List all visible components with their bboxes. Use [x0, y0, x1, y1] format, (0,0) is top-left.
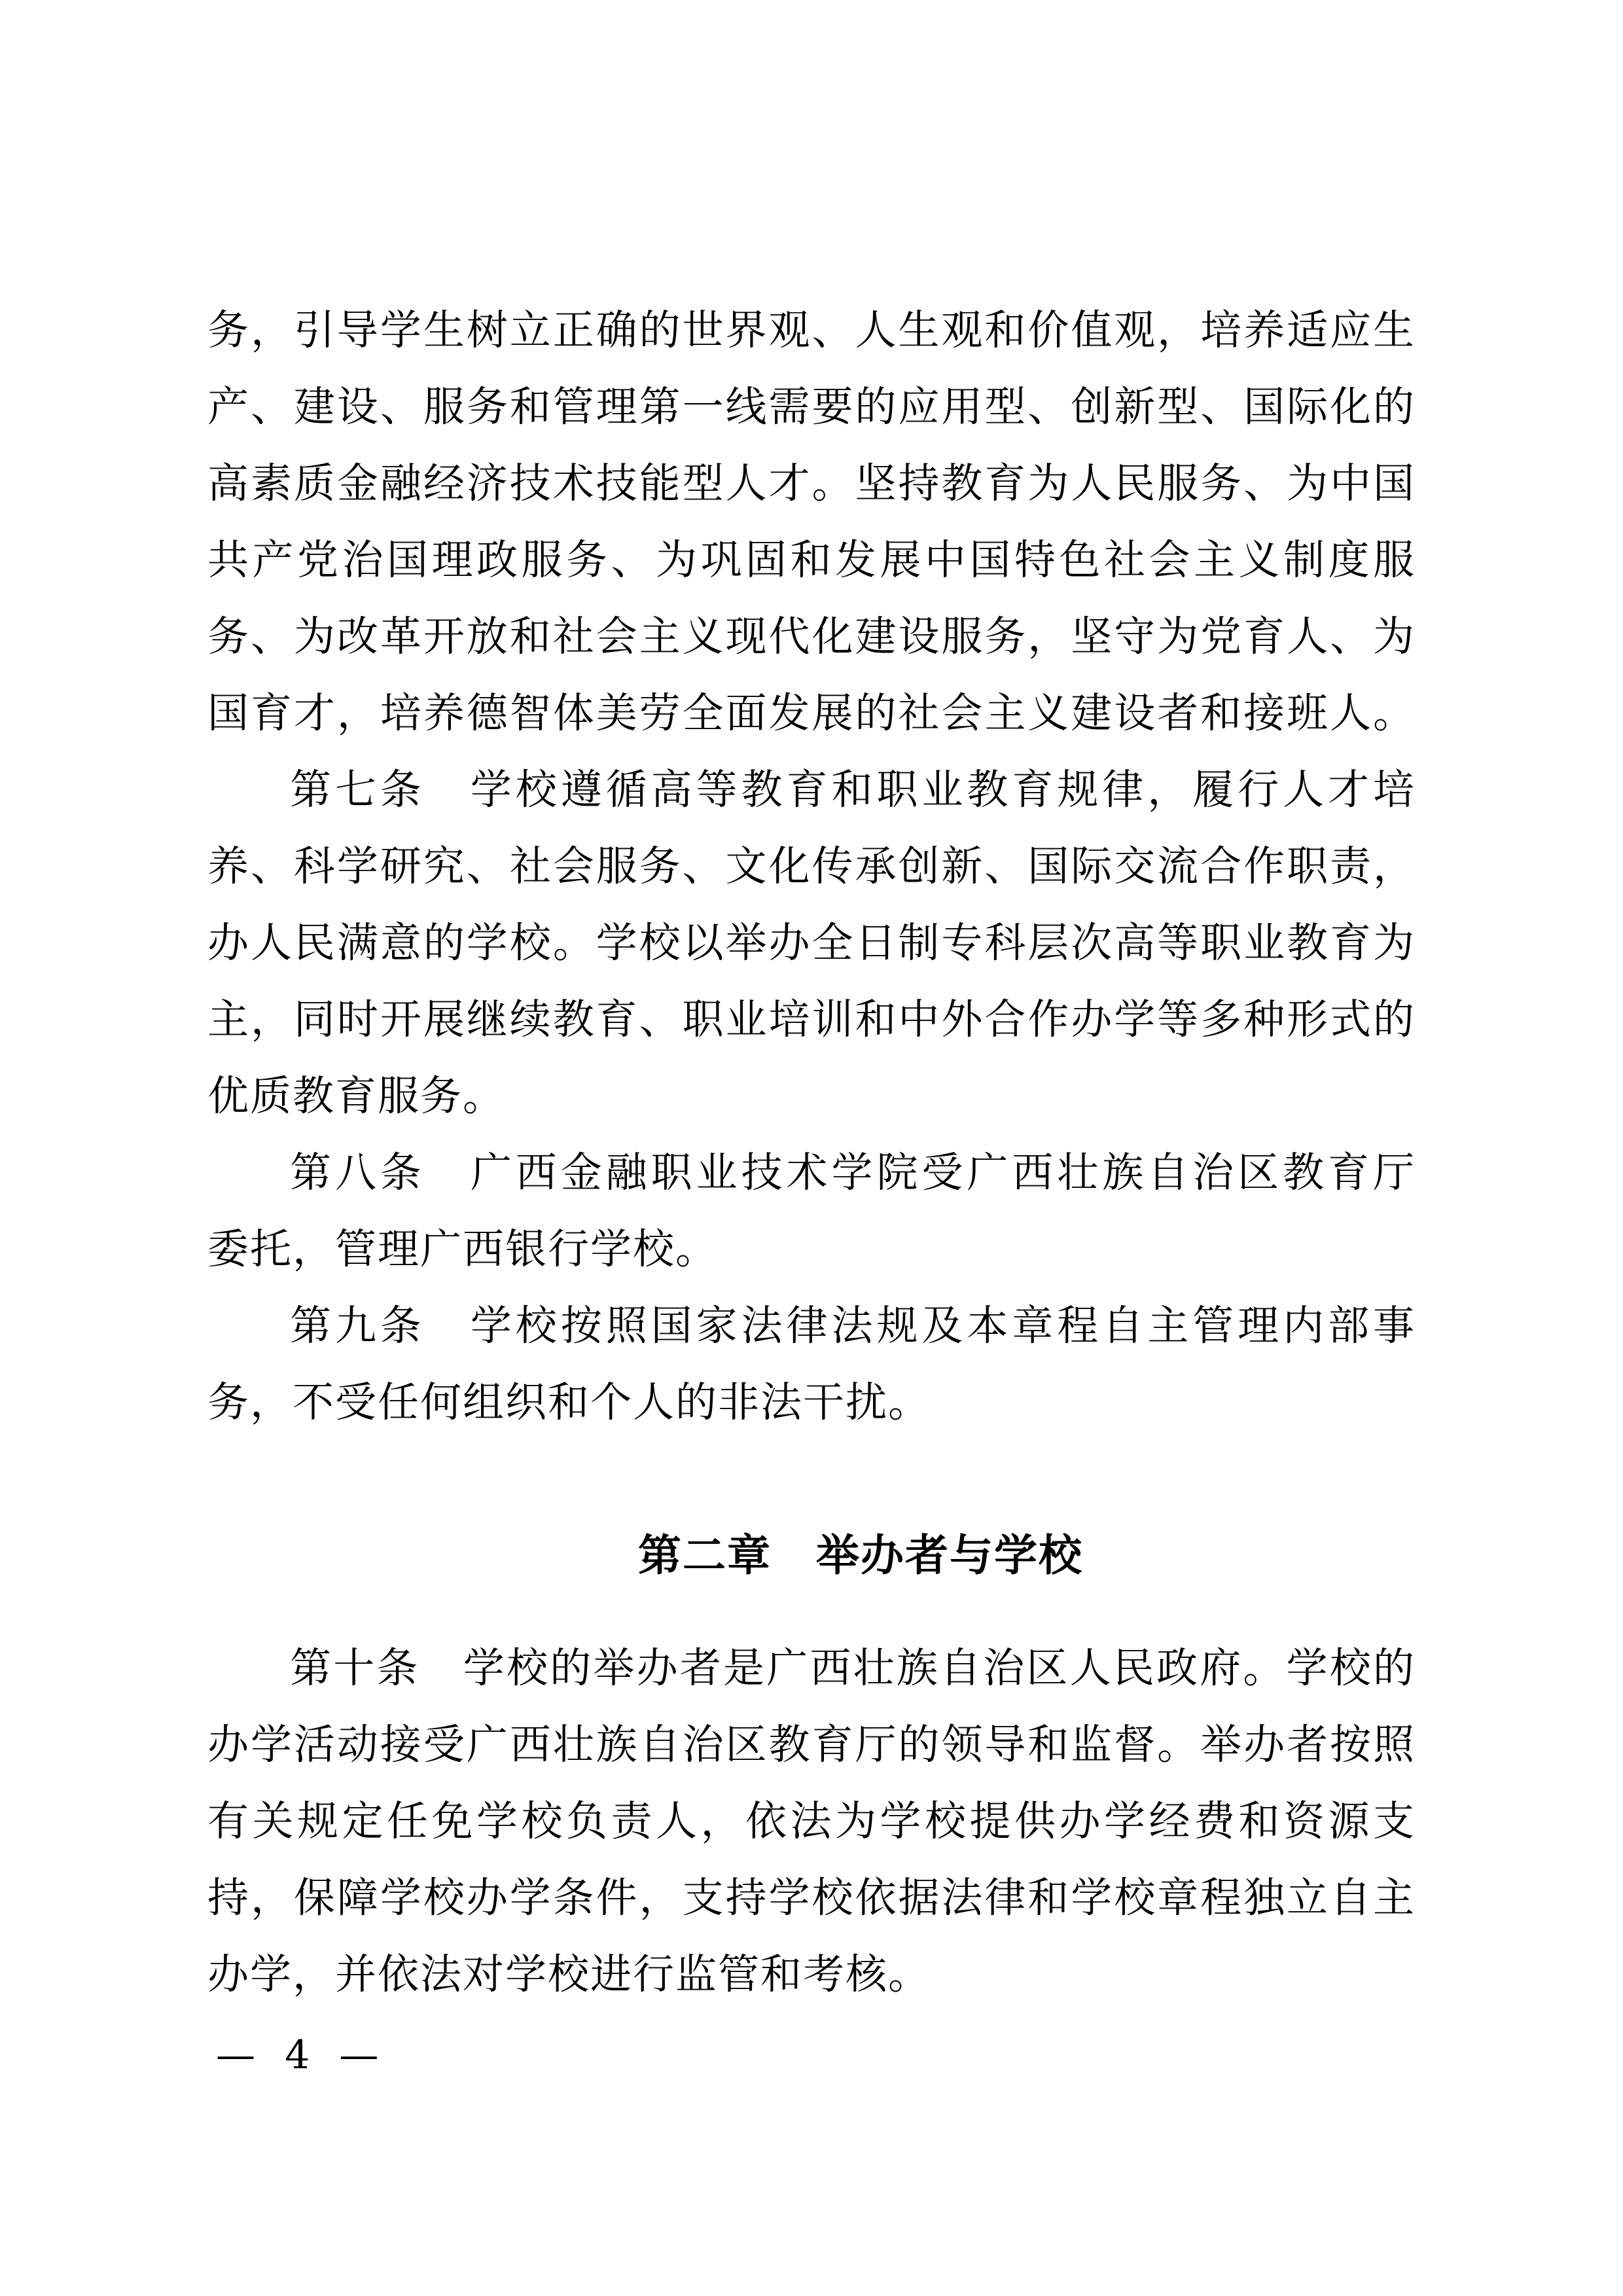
text-line: 有关规定任免学校负责人，依法为学校提供办学经费和资源支: [207, 1783, 1416, 1859]
text-line: 共产党治国理政服务、为巩固和发展中国特色社会主义制度服: [207, 522, 1416, 598]
document-body: 务，引导学生树立正确的世界观、人生观和价值观，培养适应生 产、建设、服务和管理第…: [207, 292, 1416, 2013]
text-line: 务，引导学生树立正确的世界观、人生观和价值观，培养适应生: [207, 292, 1416, 368]
text-line: 第八条 广西金融职业技术学院受广西壮族自治区教育厅: [207, 1134, 1416, 1211]
text-line: 第九条 学校按照国家法律法规及本章程自主管理内部事: [207, 1287, 1416, 1364]
text-line: 第十条 学校的举办者是广西壮族自治区人民政府。学校的: [207, 1630, 1416, 1706]
paragraph-article-10: 第十条 学校的举办者是广西壮族自治区人民政府。学校的 办学活动接受广西壮族自治区…: [207, 1630, 1416, 2013]
text-line: 第七条 学校遵循高等教育和职业教育规律，履行人才培: [207, 751, 1416, 828]
text-line: 国育才，培养德智体美劳全面发展的社会主义建设者和接班人。: [207, 675, 1416, 751]
text-line: 优质教育服务。: [207, 1058, 1416, 1134]
text-line: 高素质金融经济技术技能型人才。坚持教育为人民服务、为中国: [207, 445, 1416, 522]
page-number: — 4 —: [216, 2022, 382, 2088]
paragraph-article-8: 第八条 广西金融职业技术学院受广西壮族自治区教育厅 委托，管理广西银行学校。: [207, 1134, 1416, 1287]
text-line: 主，同时开展继续教育、职业培训和中外合作办学等多种形式的: [207, 981, 1416, 1058]
document-page: 务，引导学生树立正确的世界观、人生观和价值观，培养适应生 产、建设、服务和管理第…: [0, 0, 1623, 2296]
text-line: 产、建设、服务和管理第一线需要的应用型、创新型、国际化的: [207, 368, 1416, 445]
text-line: 委托，管理广西银行学校。: [207, 1211, 1416, 1287]
text-line: 办学活动接受广西壮族自治区教育厅的领导和监督。举办者按照: [207, 1706, 1416, 1783]
text-line: 办人民满意的学校。学校以举办全日制专科层次高等职业教育为: [207, 905, 1416, 981]
paragraph-article-9: 第九条 学校按照国家法律法规及本章程自主管理内部事 务，不受任何组织和个人的非法…: [207, 1287, 1416, 1441]
text-line: 务，不受任何组织和个人的非法干扰。: [207, 1364, 1416, 1441]
paragraph-continuation: 务，引导学生树立正确的世界观、人生观和价值观，培养适应生 产、建设、服务和管理第…: [207, 292, 1416, 751]
text-line: 养、科学研究、社会服务、文化传承创新、国际交流合作职责，: [207, 828, 1416, 905]
paragraph-article-7: 第七条 学校遵循高等教育和职业教育规律，履行人才培 养、科学研究、社会服务、文化…: [207, 751, 1416, 1134]
text-line: 办学，并依法对学校进行监管和考核。: [207, 1936, 1416, 2013]
text-line: 持，保障学校办学条件，支持学校依据法律和学校章程独立自主: [207, 1859, 1416, 1936]
chapter-2-heading: 第二章 举办者与学校: [207, 1517, 1416, 1594]
text-line: 务、为改革开放和社会主义现代化建设服务，坚守为党育人、为: [207, 598, 1416, 675]
